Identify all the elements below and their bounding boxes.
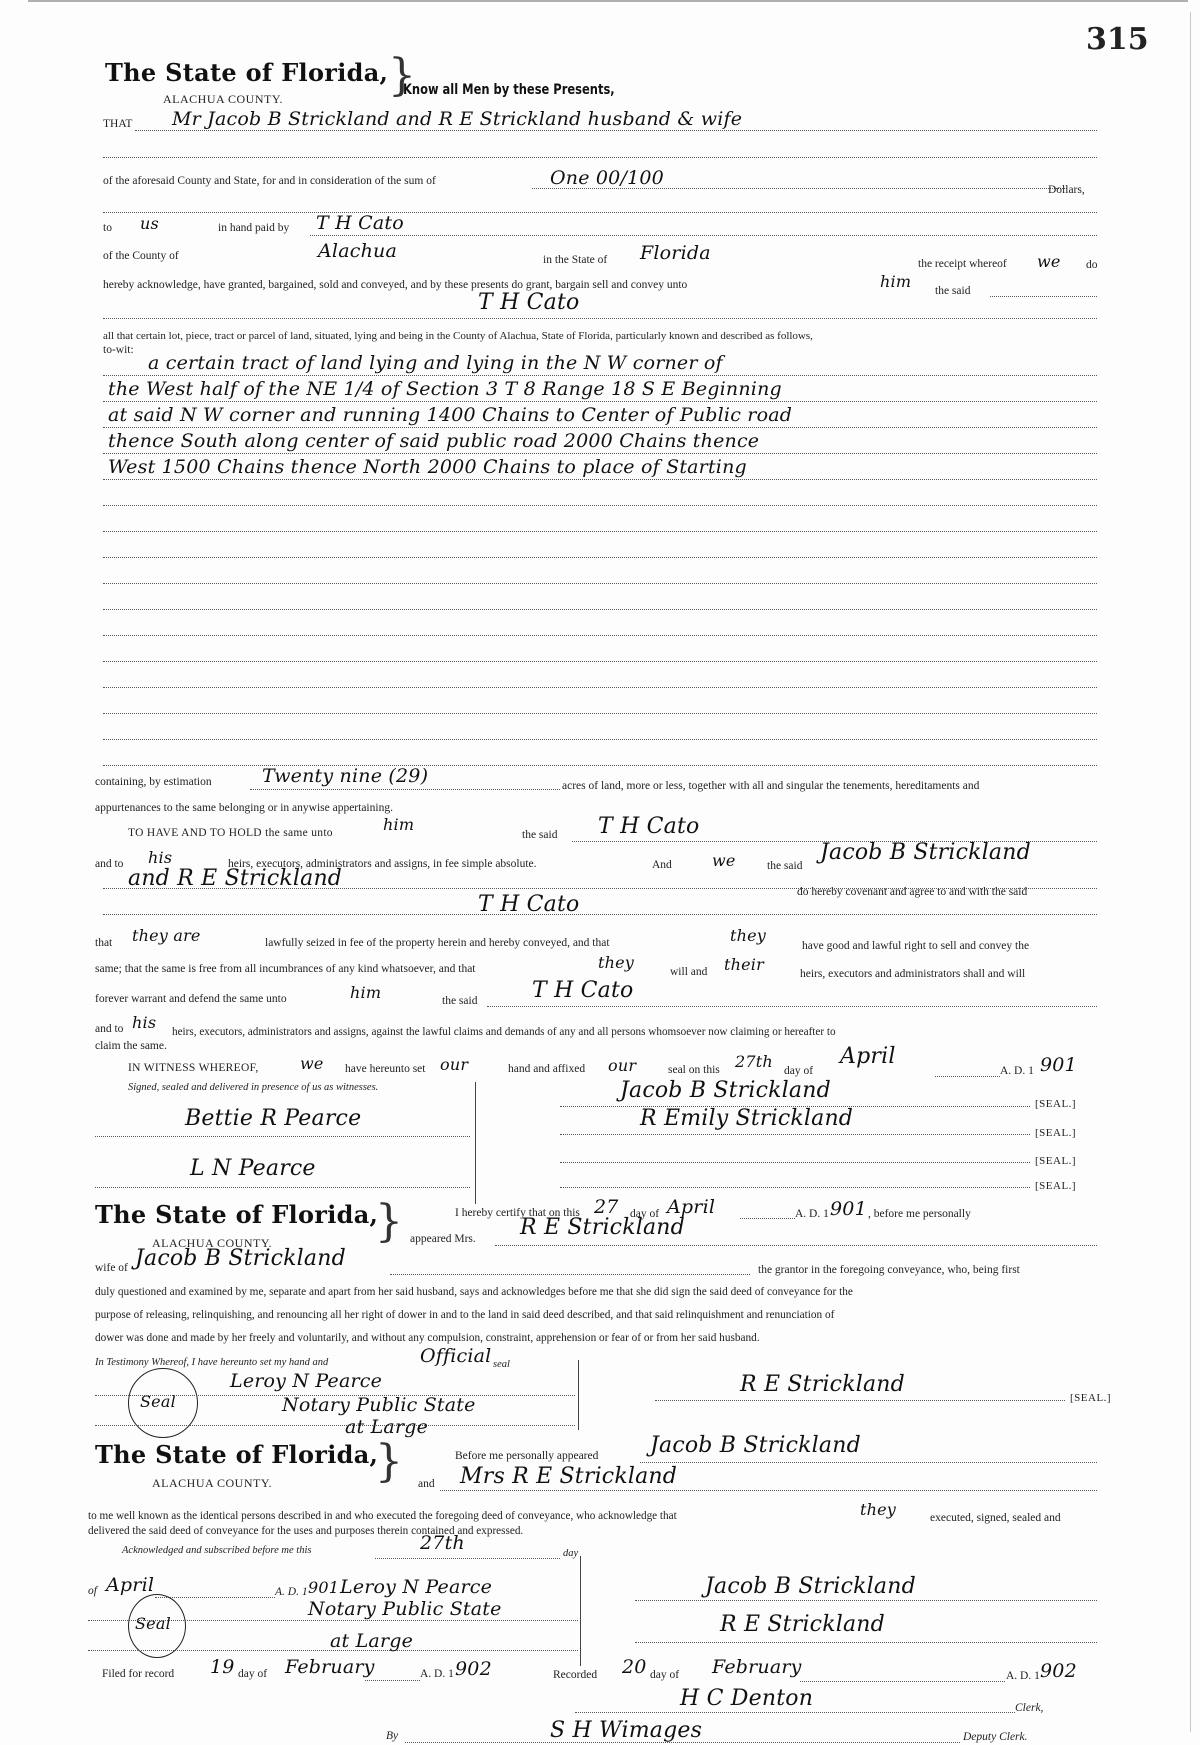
grantor-1: Jacob B Strickland bbox=[820, 840, 1031, 865]
seal-label: [SEAL.] bbox=[1035, 1127, 1076, 1139]
before-text: , before me personally bbox=[868, 1208, 971, 1220]
witness-label: IN WITNESS WHEREOF, bbox=[128, 1062, 259, 1074]
dotted-line bbox=[95, 1136, 470, 1137]
ad-label: A. D. 1 bbox=[1006, 1670, 1040, 1682]
clerk-signature: H C Denton bbox=[680, 1686, 813, 1711]
dotted-line bbox=[310, 235, 1097, 236]
dotted-line bbox=[103, 427, 1097, 428]
wife-signature: R E Strickland bbox=[740, 1372, 905, 1397]
witness-signature: Bettie R Pearce bbox=[185, 1106, 361, 1131]
signed-text: Signed, sealed and delivered in presence… bbox=[128, 1082, 378, 1093]
divider-line bbox=[580, 1556, 581, 1666]
dotted-line bbox=[560, 1162, 1030, 1163]
warrant-grantee: T H Cato bbox=[532, 978, 633, 1003]
the-said-label: the said bbox=[767, 860, 802, 872]
description-line: thence South along center of said public… bbox=[108, 430, 759, 452]
appeared-value: R E Strickland bbox=[520, 1215, 685, 1240]
before-label: Before me personally appeared bbox=[455, 1450, 598, 1462]
dotted-line bbox=[103, 765, 1097, 766]
filed-day: 19 bbox=[210, 1656, 235, 1678]
wife-signature: R E Strickland bbox=[720, 1612, 885, 1637]
notary-at-large: at Large bbox=[330, 1630, 413, 1652]
notary-at-large: at Large bbox=[345, 1416, 428, 1438]
divider-line bbox=[578, 1360, 579, 1430]
deputy-label: Deputy Clerk. bbox=[963, 1731, 1028, 1743]
day-of-label: day of bbox=[650, 1669, 679, 1681]
the-said-label: the said bbox=[522, 829, 557, 841]
grant-text: hereby acknowledge, have granted, bargai… bbox=[103, 279, 687, 291]
right-text: have good and lawful right to sell and c… bbox=[802, 940, 1029, 952]
ack-text: Acknowledged and subscribed before me th… bbox=[122, 1545, 311, 1556]
dotted-line bbox=[88, 1620, 578, 1621]
recorded-month: February bbox=[712, 1656, 802, 1678]
day-word: day bbox=[563, 1548, 578, 1559]
dotted-line bbox=[135, 130, 1097, 131]
witness-month: April bbox=[840, 1044, 896, 1069]
page-right-edge bbox=[1190, 12, 1191, 1732]
ad-label: A. D. 1 bbox=[795, 1208, 829, 1220]
dotted-line bbox=[560, 1187, 1030, 1188]
cert-body-line: dower was done and made by her freely an… bbox=[95, 1332, 760, 1344]
description-line: the West half of the NE 1/4 of Section 3… bbox=[108, 378, 782, 400]
him-value: him bbox=[350, 983, 381, 1002]
description-line: a certain tract of land lying and lying … bbox=[148, 352, 723, 374]
and-value: Mrs R E Strickland bbox=[460, 1464, 677, 1489]
dotted-line bbox=[103, 375, 1097, 376]
heirs-text: heirs, executors and administrators shal… bbox=[800, 968, 1025, 980]
state-value: Florida bbox=[640, 242, 711, 264]
of-label: of bbox=[88, 1585, 97, 1597]
they-value: they bbox=[730, 926, 766, 945]
they-value: they bbox=[860, 1500, 896, 1519]
ack-year: 901 bbox=[308, 1578, 339, 1597]
filed-month: February bbox=[285, 1656, 375, 1678]
ack-body-end: executed, signed, sealed and bbox=[930, 1512, 1061, 1524]
filed-year: 902 bbox=[455, 1658, 492, 1680]
paid-by-label: in hand paid by bbox=[218, 222, 289, 234]
by-label: By bbox=[386, 1730, 398, 1742]
seal-label: [SEAL.] bbox=[1035, 1155, 1076, 1167]
dotted-line bbox=[95, 1187, 470, 1188]
dotted-line bbox=[635, 1642, 1097, 1643]
state-of-label: in the State of bbox=[543, 254, 607, 266]
incumbrances-text: same; that the same is free from all inc… bbox=[95, 963, 476, 975]
covenant-text: do hereby covenant and agree to and with… bbox=[797, 886, 1027, 898]
dotted-line bbox=[655, 1400, 1065, 1401]
they-value: they bbox=[598, 953, 634, 972]
clerk-label: Clerk, bbox=[1015, 1702, 1043, 1714]
dotted-line bbox=[155, 1597, 275, 1598]
ad-label: A. D. 1 bbox=[1000, 1065, 1034, 1077]
his-value: his bbox=[148, 848, 172, 867]
dotted-line bbox=[103, 635, 1097, 636]
dotted-line bbox=[935, 1076, 1000, 1077]
claim-text: claim the same. bbox=[95, 1040, 167, 1052]
and-label: and bbox=[418, 1478, 435, 1490]
dotted-line bbox=[103, 583, 1097, 584]
notary-seal-label: Seal bbox=[135, 1614, 171, 1633]
recorded-year: 902 bbox=[1040, 1660, 1077, 1682]
seal-text: seal on this bbox=[668, 1064, 720, 1076]
and-to-label: and to bbox=[95, 858, 123, 870]
habendum-label: TO HAVE AND TO HOLD the same unto bbox=[128, 827, 333, 839]
dotted-line bbox=[103, 713, 1097, 714]
deed-page: 315 The State of Florida, } Know all Men… bbox=[0, 0, 1200, 1745]
day-of-label: day of bbox=[784, 1065, 813, 1077]
recorded-label: Recorded bbox=[553, 1669, 597, 1681]
appeared-label: appeared Mrs. bbox=[410, 1233, 476, 1245]
grantor-signature: Jacob B Strickland bbox=[620, 1078, 831, 1103]
receipt-value: we bbox=[1037, 252, 1061, 271]
dotted-line bbox=[575, 1712, 1015, 1713]
dotted-line bbox=[375, 1558, 560, 1559]
dotted-line bbox=[640, 1462, 1097, 1463]
consideration-text: of the aforesaid County and State, for a… bbox=[103, 175, 436, 187]
we-value: we bbox=[712, 851, 736, 870]
page-top-edge bbox=[28, 0, 1188, 2]
seal-label: [SEAL.] bbox=[1035, 1180, 1076, 1192]
to-wit-label: to-wit: bbox=[103, 344, 134, 356]
county-label: ALACHUA COUNTY. bbox=[152, 1476, 272, 1491]
seal-label: [SEAL.] bbox=[1070, 1392, 1111, 1404]
defend-text: heirs, executors, administrators and ass… bbox=[172, 1026, 836, 1038]
dotted-line bbox=[103, 453, 1097, 454]
state-title: The State of Florida, bbox=[95, 1440, 378, 1469]
grantor-text: the grantor in the foregoing conveyance,… bbox=[758, 1264, 1020, 1276]
the-said-label: the said bbox=[935, 285, 970, 297]
ad-label: A. D. 1 bbox=[275, 1586, 308, 1598]
dollars-label: Dollars, bbox=[1048, 184, 1085, 196]
state-title: The State of Florida, bbox=[95, 1200, 378, 1229]
their-value: their bbox=[724, 955, 764, 974]
wife-of-label: wife of bbox=[95, 1262, 128, 1274]
our-value: our bbox=[608, 1056, 636, 1075]
ack-day: 27th bbox=[420, 1532, 465, 1554]
know-all-men: Know all Men by these Presents, bbox=[403, 82, 615, 98]
dotted-line bbox=[95, 1425, 575, 1426]
brace-icon: } bbox=[375, 1196, 403, 1247]
our-value: our bbox=[440, 1055, 468, 1074]
warrant-text: forever warrant and defend the same unto bbox=[95, 993, 287, 1005]
divider-line bbox=[475, 1082, 476, 1204]
dotted-line bbox=[103, 479, 1097, 480]
dotted-line bbox=[440, 1490, 1097, 1491]
and-label: And bbox=[652, 859, 672, 871]
county-label: ALACHUA COUNTY. bbox=[163, 92, 283, 107]
dotted-line bbox=[495, 1245, 1097, 1246]
county-of-label: of the County of bbox=[103, 250, 179, 262]
witness-signature: L N Pearce bbox=[190, 1156, 316, 1181]
the-said-label: the said bbox=[442, 995, 477, 1007]
acreage-value: Twenty nine (29) bbox=[262, 765, 428, 787]
dotted-line bbox=[250, 789, 560, 790]
dotted-line bbox=[103, 212, 1097, 213]
notary-name: Leroy N Pearce bbox=[230, 1370, 382, 1392]
that-label: that bbox=[95, 937, 112, 949]
that-label: THAT bbox=[103, 118, 132, 130]
paid-by-value: T H Cato bbox=[316, 212, 404, 234]
habendum-grantee: T H Cato bbox=[598, 814, 699, 839]
filed-label: Filed for record bbox=[102, 1668, 174, 1680]
cert-year: 901 bbox=[830, 1198, 867, 1220]
dotted-line bbox=[800, 1681, 1005, 1682]
testimony-value: Official bbox=[420, 1345, 491, 1367]
dotted-line bbox=[103, 687, 1097, 688]
notary-name: Leroy N Pearce bbox=[340, 1576, 492, 1598]
land-text: all that certain lot, piece, tract or pa… bbox=[103, 330, 813, 342]
to-label: to bbox=[103, 222, 112, 234]
acres-text: acres of land, more or less, together wi… bbox=[562, 780, 979, 792]
page-number: 315 bbox=[1086, 22, 1149, 57]
witness-day: 27th bbox=[735, 1052, 773, 1071]
before-value: Jacob B Strickland bbox=[650, 1433, 861, 1458]
husband-signature: Jacob B Strickland bbox=[705, 1574, 916, 1599]
grantor-2: and R E Strickland bbox=[128, 866, 342, 891]
dotted-line bbox=[365, 1680, 420, 1681]
will-and-label: will and bbox=[670, 966, 707, 978]
state-title: The State of Florida, bbox=[105, 58, 388, 87]
containing-label: containing, by estimation bbox=[95, 776, 212, 788]
seal-label: [SEAL.] bbox=[1035, 1098, 1076, 1110]
dotted-line bbox=[103, 739, 1097, 740]
day-of-label: day of bbox=[238, 1668, 267, 1680]
ack-body-line: to me well known as the identical person… bbox=[88, 1510, 677, 1522]
notary-title: Notary Public State bbox=[282, 1394, 476, 1416]
cert-body-line: purpose of releasing, relinquishing, and… bbox=[95, 1309, 834, 1321]
dotted-line bbox=[635, 1600, 1097, 1601]
brace-icon: } bbox=[375, 1436, 403, 1487]
description-line: West 1500 Chains thence North 2000 Chain… bbox=[108, 456, 747, 478]
seal-word: seal bbox=[493, 1359, 510, 1370]
they-are-value: they are bbox=[132, 926, 201, 945]
to-value: us bbox=[140, 214, 159, 233]
grantor-signature: R Emily Strickland bbox=[640, 1106, 853, 1131]
dotted-line bbox=[103, 914, 1097, 915]
habendum-unto-value: him bbox=[383, 815, 414, 834]
wife-of-value: Jacob B Strickland bbox=[135, 1246, 346, 1271]
county-value: Alachua bbox=[318, 240, 397, 262]
set-text: have hereunto set bbox=[345, 1063, 425, 1075]
testimony-text: In Testimony Whereof, I have hereunto se… bbox=[95, 1357, 328, 1368]
dotted-line bbox=[103, 661, 1097, 662]
recorded-day: 20 bbox=[622, 1656, 647, 1678]
consideration-amount: One 00/100 bbox=[550, 167, 664, 189]
dotted-line bbox=[103, 318, 1097, 319]
we-value: we bbox=[300, 1054, 324, 1073]
grantors-handwritten: Mr Jacob B Strickland and R E Strickland… bbox=[172, 108, 742, 130]
dotted-line bbox=[487, 1006, 1097, 1007]
dotted-line bbox=[103, 157, 1097, 158]
dotted-line bbox=[103, 505, 1097, 506]
his-value: his bbox=[132, 1013, 156, 1032]
dotted-line bbox=[390, 1274, 750, 1275]
do-label: do bbox=[1086, 259, 1098, 271]
grantee-value: T H Cato bbox=[478, 290, 579, 315]
dotted-line bbox=[560, 1134, 1030, 1135]
witness-year: 901 bbox=[1040, 1054, 1077, 1076]
dotted-line bbox=[740, 1218, 795, 1219]
ack-month: April bbox=[106, 1574, 154, 1596]
cert-body-line: duly questioned and examined by me, sepa… bbox=[95, 1286, 853, 1298]
dotted-line bbox=[103, 401, 1097, 402]
appurtenances-text: appurtenances to the same belonging or i… bbox=[95, 802, 393, 814]
grant-unto-value: him bbox=[880, 272, 911, 291]
dotted-line bbox=[103, 557, 1097, 558]
hand-text: hand and affixed bbox=[508, 1063, 585, 1075]
lawfully-text: lawfully seized in fee of the property h… bbox=[265, 937, 610, 949]
dotted-line bbox=[990, 296, 1097, 297]
receipt-label: the receipt whereof bbox=[918, 258, 1007, 270]
dotted-line bbox=[103, 609, 1097, 610]
description-line: at said N W corner and running 1400 Chai… bbox=[108, 404, 792, 426]
dotted-line bbox=[103, 531, 1097, 532]
deputy-signature: S H Wimages bbox=[550, 1718, 702, 1743]
and-to-label: and to bbox=[95, 1023, 123, 1035]
covenant-grantee: T H Cato bbox=[478, 892, 579, 917]
ad-label: A. D. 1 bbox=[420, 1668, 454, 1680]
notary-title: Notary Public State bbox=[308, 1598, 502, 1620]
